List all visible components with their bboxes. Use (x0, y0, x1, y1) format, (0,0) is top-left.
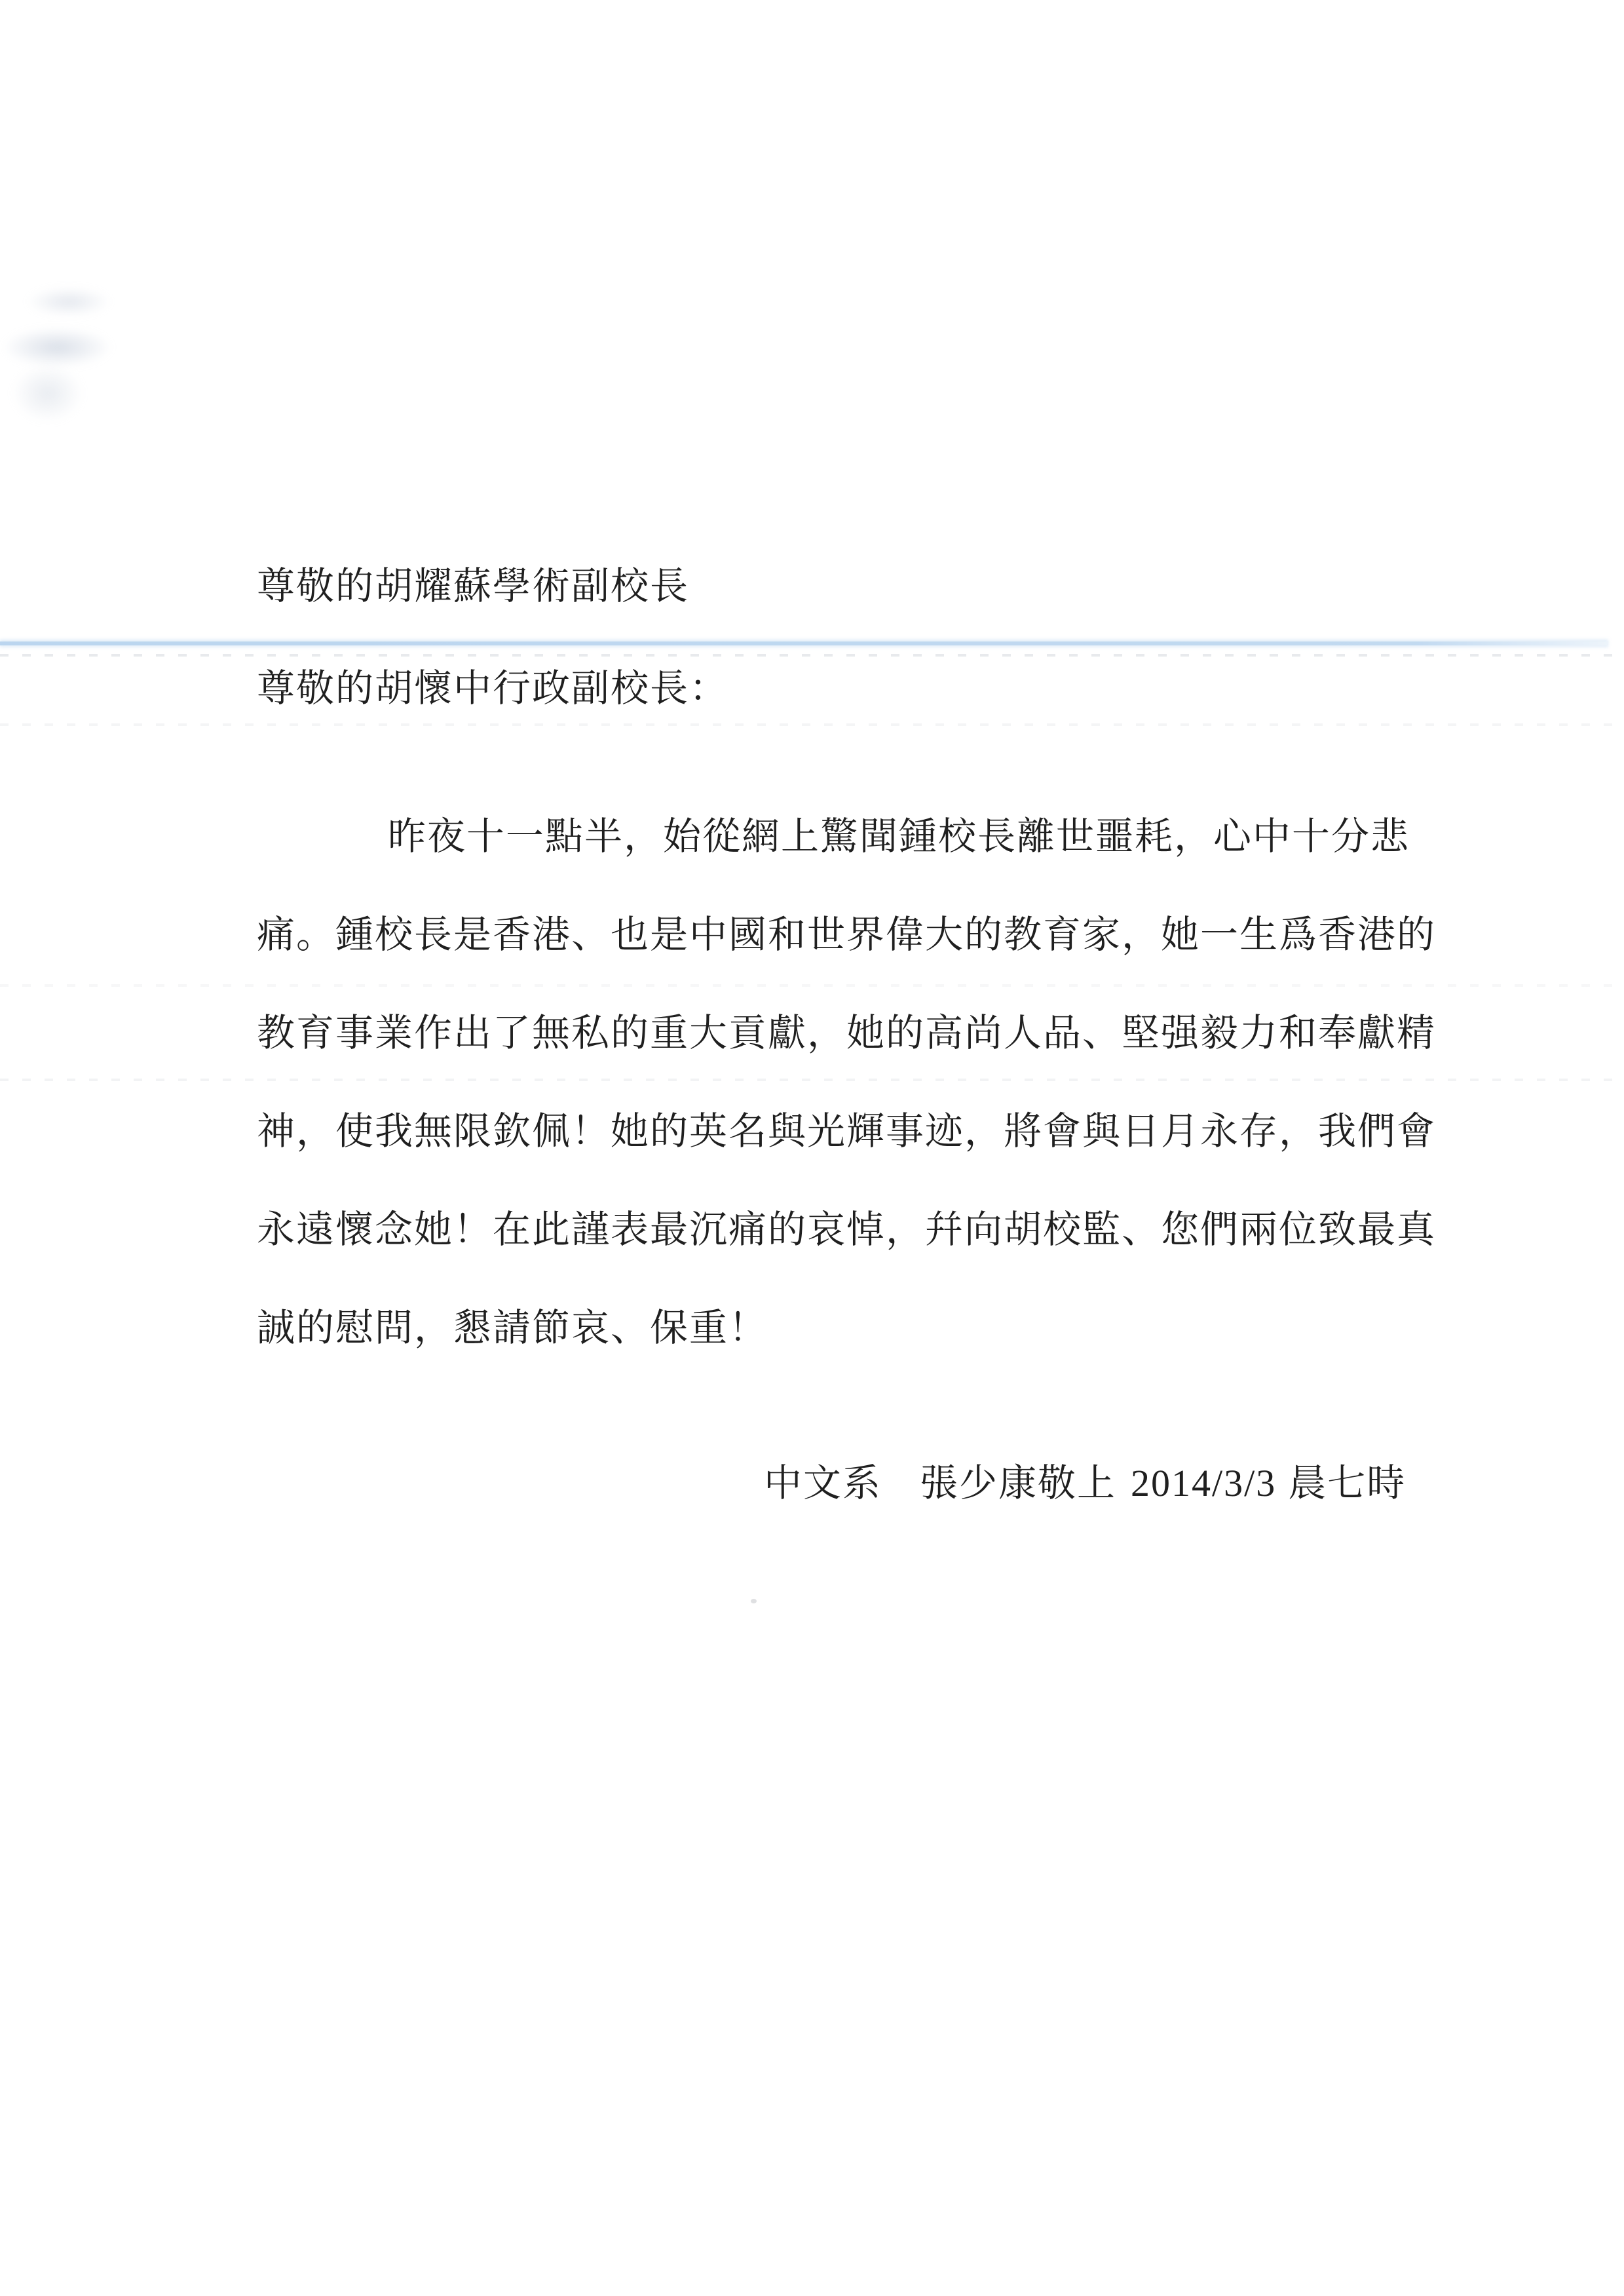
signature-department: 中文系 (764, 1462, 882, 1504)
body-paragraph-line: 誠的慰問，懇請節哀、保重！ (257, 1309, 768, 1347)
scan-smudge (26, 287, 111, 316)
scan-streak-blue-line (0, 641, 1608, 645)
scan-noise-row (0, 1079, 1624, 1081)
scanned-letter-page: 尊敬的胡耀蘇學術副校長 尊敬的胡懷中行政副校長： 昨夜十一點半，始從網上驚聞鍾校… (0, 0, 1624, 2296)
scan-smudge (3, 328, 111, 367)
body-paragraph-line: 昨夜十一點半，始從網上驚聞鍾校長離世噩耗，心中十分悲 (388, 818, 1410, 856)
scan-noise-row (0, 654, 1624, 657)
signature-time: 晨七時 (1288, 1462, 1406, 1504)
signature-closing: 張少康敬上 (920, 1462, 1116, 1504)
scan-noise-row (0, 723, 1624, 726)
signature-date: 2014/3/3 (1131, 1462, 1276, 1504)
scan-smudge (12, 364, 84, 423)
body-paragraph-line: 教育事業作出了無私的重大貢獻，她的高尚人品、堅强毅力和奉獻精 (257, 1014, 1436, 1052)
signature-line: 中文系張少康敬上2014/3/3晨七時 (764, 1464, 1406, 1502)
salutation-line-1: 尊敬的胡耀蘇學術副校長 (257, 567, 689, 605)
scan-speck (751, 1599, 757, 1603)
scan-noise-row (0, 984, 1624, 987)
salutation-line-2: 尊敬的胡懷中行政副校長： (257, 670, 728, 708)
body-paragraph-line: 痛。鍾校長是香港、也是中國和世界偉大的教育家，她一生爲香港的 (257, 916, 1436, 954)
body-paragraph-line: 神，使我無限欽佩！她的英名與光輝事迹，將會與日月永存，我們會 (257, 1113, 1436, 1151)
body-paragraph-line: 永遠懷念她！在此謹表最沉痛的哀悼，幷向胡校監、您們兩位致最真 (257, 1211, 1436, 1249)
